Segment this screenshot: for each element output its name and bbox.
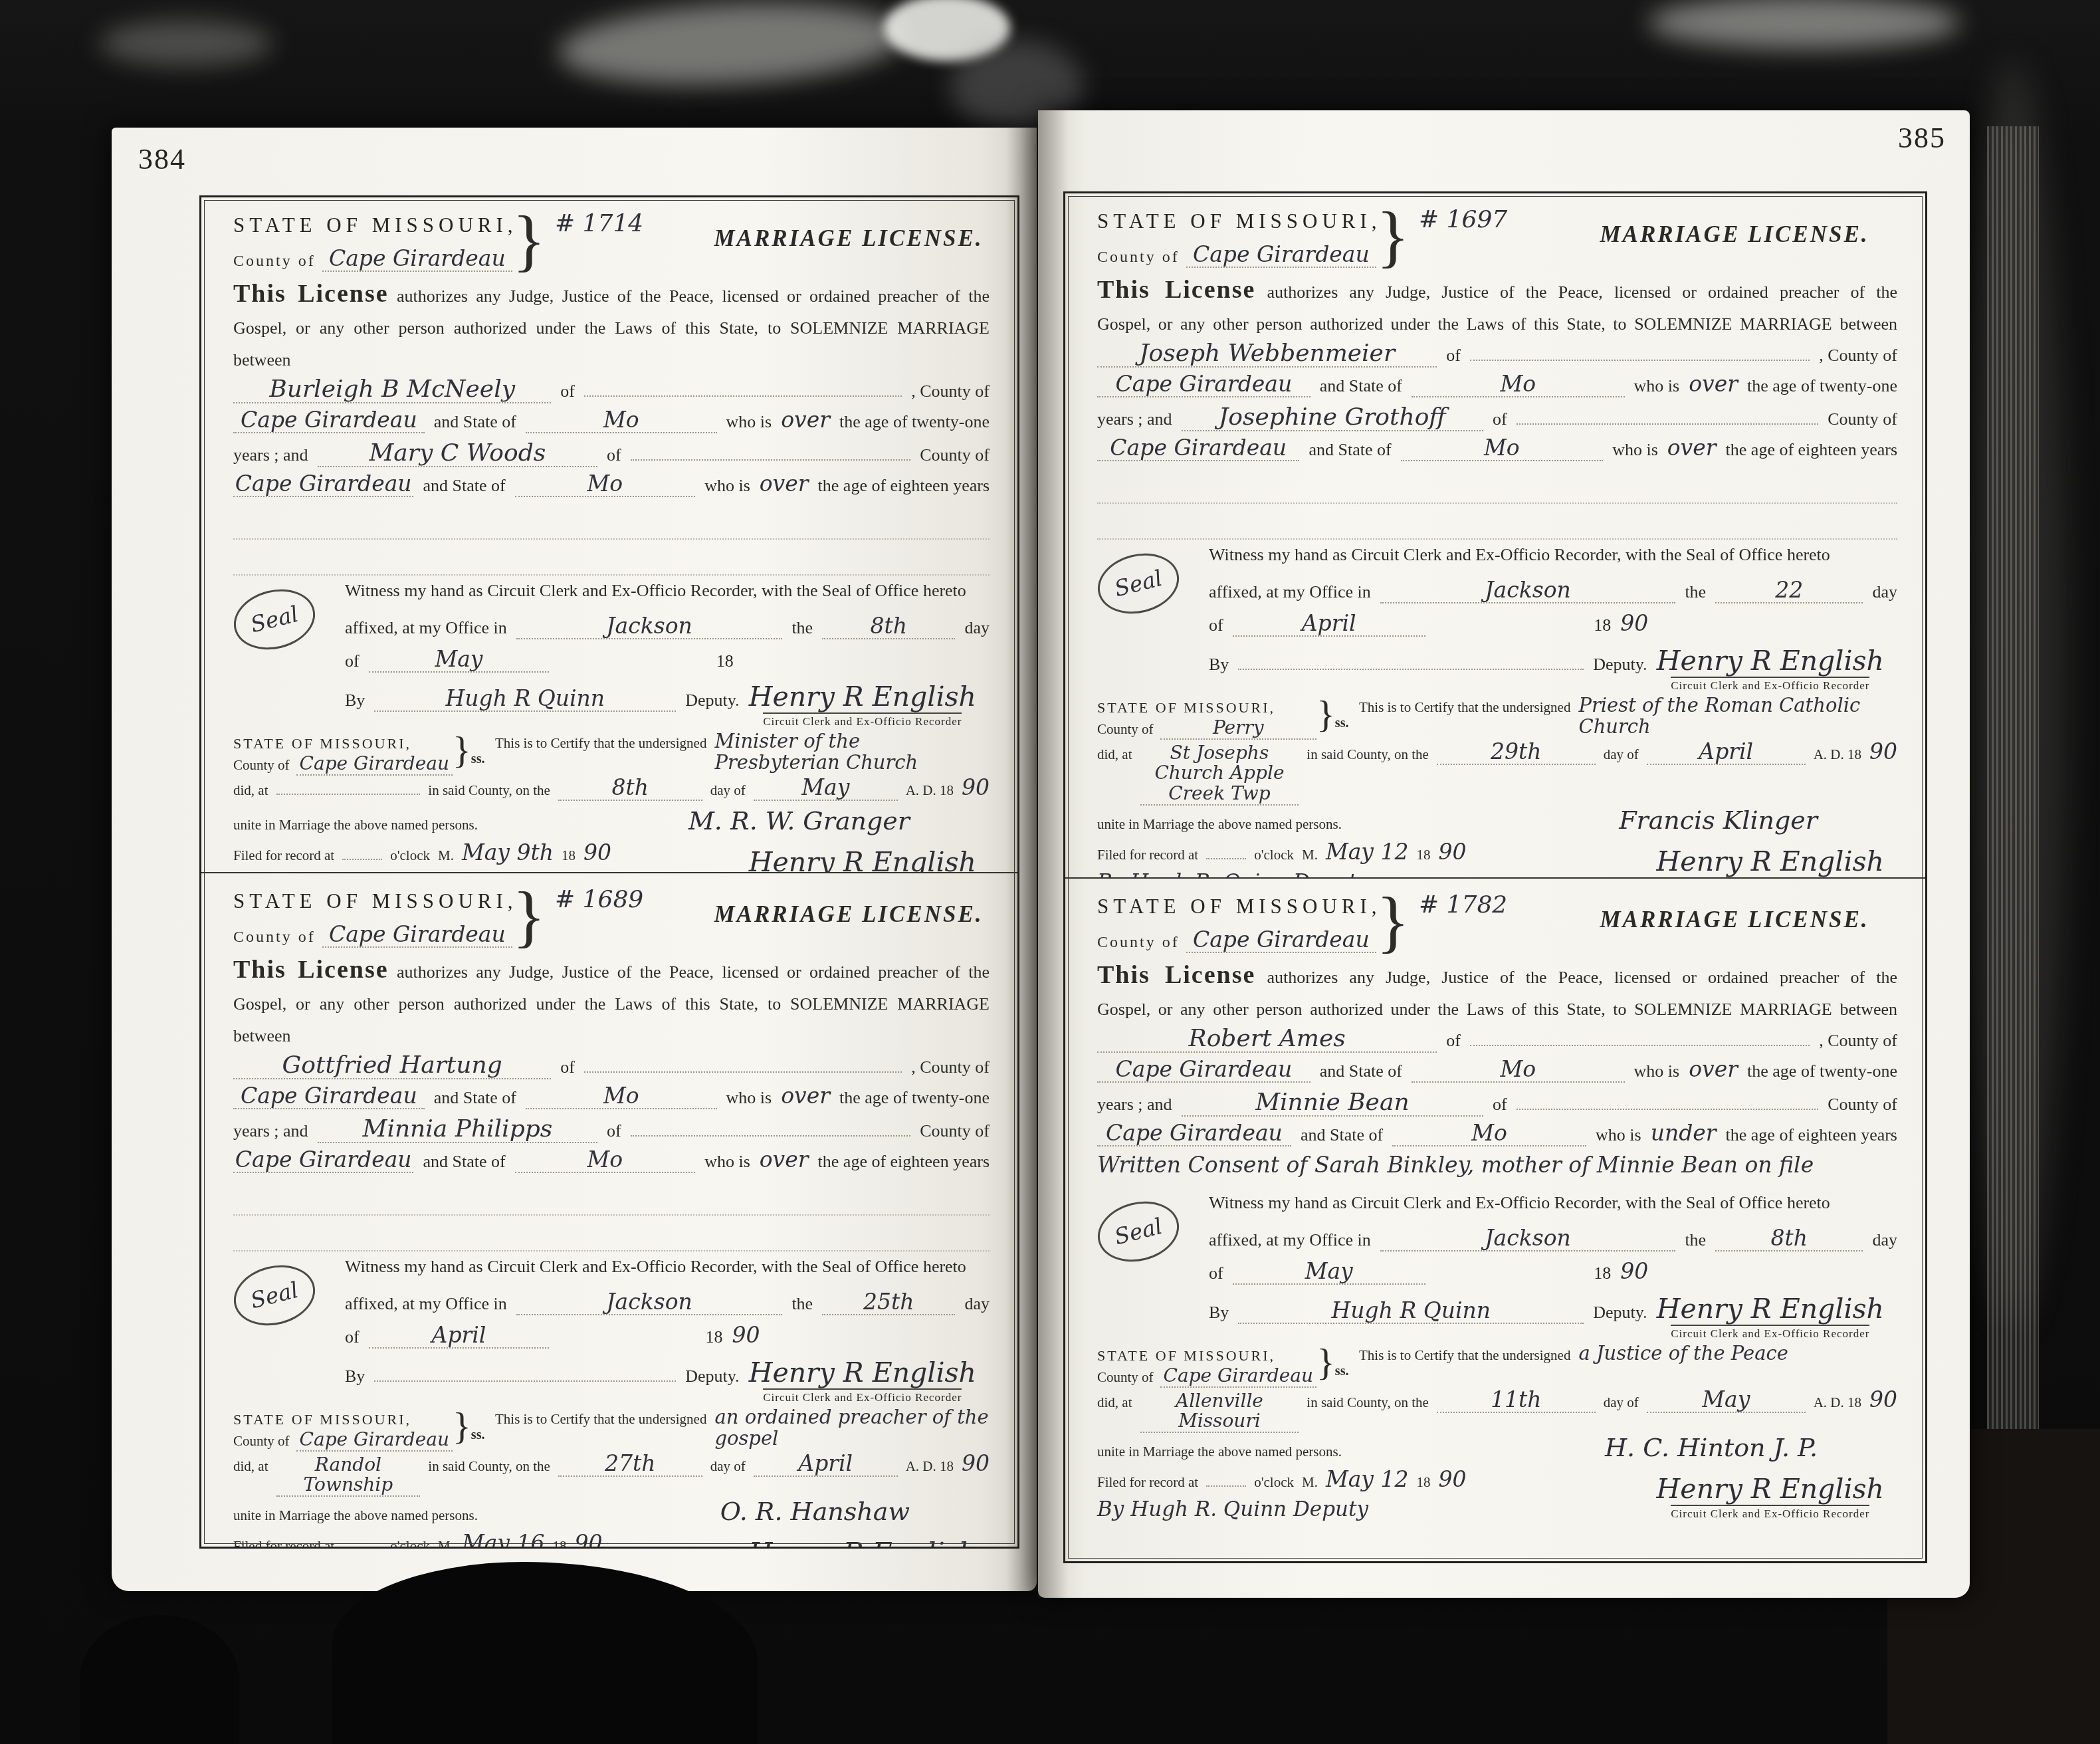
of-label: of [345,1327,360,1347]
deputy-label: Deputy. [1593,655,1647,675]
scan-smudge [1648,0,1960,49]
page-number: 384 [138,142,186,176]
county-of-label: , County of [911,381,990,401]
certify-label: This is to Certify that the undersigned [1359,1347,1570,1364]
county-of-label: , County of [911,1057,990,1077]
license-number: # 1714 [555,208,708,237]
year-prefix: 18 [705,1327,722,1347]
meridian-label: M. [438,847,454,864]
clerk-signature-block: Henry R English Circuit Clerk and Ex-Off… [1657,645,1897,693]
year-prefix: 18 [562,847,576,864]
license-header: STATE OF MISSOURI, County of Cape Girard… [233,208,990,274]
filing-block: Filed for record at o'clock M. May 16 18… [233,1531,990,1547]
blank-ruled-line [233,504,990,540]
clerk-signature-block: Henry R English Circuit Clerk and Ex-Off… [749,681,990,728]
filing-block: Filed for record at o'clock M. May 9th 1… [233,841,990,872]
unite-label: unite in Marriage the above named person… [233,817,478,833]
cert-state-heading: STATE OF MISSOURI, [233,731,453,752]
and-state-label: and State of [423,476,505,496]
groom-name: Joseph Webbenmeier [1139,340,1395,367]
and-state-label: and State of [1301,1125,1383,1145]
witness-line-1: Witness my hand as Circuit Clerk and Ex-… [345,581,990,614]
groom-county: Cape Girardeau [1115,371,1292,397]
lead-words: This License [1097,961,1255,989]
seal-script: Seal [1112,1214,1164,1249]
seal-icon: Seal [227,1257,322,1333]
the-label: the [1685,1230,1706,1250]
seal-script: Seal [248,1277,300,1313]
cert-county: Cape Girardeau [300,752,450,774]
cert-place: Randol Township [304,1454,393,1496]
clerk-title: Circuit Clerk and Ex-Officio Recorder [763,1388,962,1404]
filing-clerk-signature-block: Henry R English Circuit Clerk and Ex-Off… [1657,1473,1897,1521]
day-of-label: day of [1604,746,1639,763]
cert-month: May [1702,1386,1750,1412]
bride-state-fill: Mo [515,472,695,497]
witness-day: 8th [871,613,908,639]
witness-deputy-name: Hugh R Quinn [446,685,605,711]
filing-year: 90 [1439,840,1467,864]
affixed-label: affixed, at my Office in [345,1294,507,1314]
year-prefix: 18 [1417,847,1431,863]
officiant-signature: Francis Klinger [1619,806,1818,835]
bride-fill: Minnie Bean [1182,1089,1483,1117]
cert-place-fill: Randol Township [276,1455,421,1497]
office-place: Jackson [606,1289,692,1315]
cert-year: 90 [1869,1388,1897,1412]
scan-smudge [556,0,906,93]
cert-county: Cape Girardeau [300,1428,450,1450]
day-of-label: day of [710,782,746,799]
groom-fill: Burleigh B McNeely [233,376,551,404]
witness-month: May [435,646,482,672]
bride-over: over [760,472,809,496]
age-21-label: the age of twenty-one [1747,376,1897,396]
witness-line-1: Witness my hand as Circuit Clerk and Ex-… [345,1257,990,1290]
body-line: This License authorizes any Judge, Justi… [233,278,990,312]
bride-county: Cape Girardeau [1106,1120,1283,1146]
filing-date: May 12 [1326,840,1409,864]
blank-fill [631,453,910,461]
cert-month: May [801,774,849,800]
bride-county: Cape Girardeau [235,1146,412,1172]
certify-label: This is to Certify that the undersigned [495,735,706,752]
who-is-label: who is [1634,1061,1680,1081]
bride-state: Mo [1484,435,1520,461]
lead-words: This License [233,280,389,308]
bride-county: Cape Girardeau [1110,435,1287,461]
certify-label: This is to Certify that the undersigned [495,1411,706,1428]
blank-fill [1517,417,1818,425]
officiant-signature-block: O. R. Hanshaw [720,1497,990,1526]
of-label: of [1446,1031,1461,1051]
body-text-1: authorizes any Judge, Justice of the Pea… [1267,282,1897,302]
bride-state: Mo [587,1146,623,1172]
filing-year: 90 [583,841,611,865]
officiant: Priest of the Roman Catholic Church [1578,695,1897,738]
witness-line-1: Witness my hand as Circuit Clerk and Ex-… [1209,545,1897,578]
bride-fill: Mary C Woods [318,440,597,468]
certificate-block: STATE OF MISSOURI, County of Cape Girard… [1097,1343,1897,1464]
bride-state: Mo [1471,1120,1507,1146]
bride-county-fill: Cape Girardeau [233,1148,413,1173]
cert-state-heading: STATE OF MISSOURI, [1097,695,1316,716]
county-label: County of [1097,1369,1154,1386]
filed-label: Filed for record at [233,1538,334,1547]
cert-place-fill: Allenville Missouri [1140,1391,1299,1434]
cert-county: Cape Girardeau [1164,1364,1314,1386]
officiant: a Justice of the Peace [1578,1343,1788,1364]
office-place: Jackson [1485,577,1570,603]
bride-state: Mo [587,471,623,496]
age-18-label: the age of eighteen years [1726,1125,1897,1145]
blank-fill [342,852,382,860]
age-18-label: the age of eighteen years [818,476,990,496]
bride-over: under [1651,1121,1717,1145]
brace-glyph: } [453,1404,471,1448]
officiant: an ordained preacher of the gospel [714,1407,990,1450]
county-of-label: County of [920,445,990,465]
license-form: STATE OF MISSOURI, County of Cape Girard… [1065,193,1925,877]
lead-words: This License [1097,276,1255,304]
of-label: of [1493,409,1507,429]
body-text-1: authorizes any Judge, Justice of the Pea… [397,962,990,982]
county-label: County of [1097,721,1154,738]
in-said-county-label: in said County, on the [1307,746,1429,763]
witness-by-fill [1238,662,1584,670]
groom-state: Mo [1500,1056,1536,1082]
groom-county-fill: Cape Girardeau [233,408,425,433]
years-and-label: years ; and [233,445,308,465]
deputy-label: Deputy. [1593,1303,1647,1323]
and-state-label: and State of [1320,1061,1402,1081]
meridian-label: M. [438,1538,454,1547]
filing-date: May 9th [462,841,554,865]
witness-year: 90 [1620,1259,1648,1283]
county-of-label: County of [1828,409,1897,429]
witness-month-fill: April [369,1323,550,1349]
blank-fill [342,1543,382,1547]
witness-month: May [1305,1258,1353,1284]
deputy-label: Deputy. [685,691,739,710]
bride-over: over [760,1148,809,1172]
cert-place-fill: St Josephs Church Apple Creek Twp [1140,743,1299,806]
register-page-left: 384 STATE OF MISSOURI, County of Cape Gi… [112,128,1037,1591]
blank-fill [1206,1479,1246,1487]
office-place-fill: Jackson [1380,1226,1676,1252]
body-line: This License authorizes any Judge, Justi… [1097,274,1897,308]
of-label: of [1209,615,1223,635]
groom-fill: Robert Ames [1097,1026,1437,1053]
groom-state: Mo [1500,371,1536,397]
of-label: of [607,445,621,465]
who-is-label: who is [1596,1125,1641,1145]
filing-clerk-signature: Henry R English [749,1537,976,1547]
cert-day-fill: 29th [1437,740,1596,765]
brace-glyph: } [1376,889,1419,955]
county-fill: Cape Girardeau [1186,928,1376,953]
officiant-signature: O. R. Hanshaw [720,1497,910,1526]
license-number: # 1697 [1419,204,1572,233]
cert-day-fill: 8th [558,776,702,801]
clerk-title: Circuit Clerk and Ex-Officio Recorder [1671,1505,1869,1521]
cert-year: 90 [1869,740,1897,764]
age-21-label: the age of twenty-one [1747,1061,1897,1081]
cert-county-fill: Perry [1160,718,1316,740]
filing-by: By Hugh R. Quinn Deputy [1097,1498,1542,1521]
seal-area: Seal [1097,545,1209,693]
in-said-county-label: in said County, on the [1307,1394,1429,1411]
cert-year: 90 [962,776,990,800]
office-place-fill: Jackson [1380,578,1676,603]
county-of-label: , County of [1819,1031,1897,1051]
groom-over: over [1689,1057,1738,1081]
of-label: of [1493,1095,1507,1115]
unite-label: unite in Marriage the above named person… [1097,1444,1342,1460]
office-place: Jackson [606,613,692,639]
cert-county-fill: Cape Girardeau [1160,1366,1316,1388]
county-value: Cape Girardeau [329,245,506,271]
groom-fill: Joseph Webbenmeier [1097,340,1437,368]
license-form: STATE OF MISSOURI, County of Cape Girard… [201,197,1017,872]
body-text-1: authorizes any Judge, Justice of the Pea… [397,286,990,306]
witness-by-fill [374,1374,676,1382]
seal-icon: Seal [227,581,322,657]
bride-over: over [1667,436,1717,460]
clerk-signature: Henry R English [749,1357,976,1388]
cert-day: 29th [1491,738,1542,764]
form-box: STATE OF MISSOURI, County of Cape Girard… [199,195,1019,1549]
body-line: Gospel, or any other person authorized u… [1097,994,1897,1026]
witness-line-1: Witness my hand as Circuit Clerk and Ex-… [1209,1193,1897,1226]
cert-state-heading: STATE OF MISSOURI, [1097,1343,1316,1364]
blank-ruled-line [1097,504,1897,540]
and-state-label: and State of [1309,440,1391,460]
by-label: By [345,691,365,710]
cert-month-fill: April [1647,740,1806,765]
affixed-label: affixed, at my Office in [1209,1230,1371,1250]
county-fill: Cape Girardeau [1186,243,1376,268]
oclock-label: o'clock [390,1538,430,1547]
oclock-label: o'clock [1254,1474,1294,1491]
groom-county-fill: Cape Girardeau [1097,1057,1311,1083]
ad-label: A. D. 18 [1814,1394,1861,1411]
oclock-label: o'clock [1254,847,1294,863]
clerk-signature: Henry R English [1657,645,1884,677]
cert-place-fill [276,787,421,795]
who-is-label: who is [726,412,772,432]
of-label: of [560,381,575,401]
unite-label: unite in Marriage the above named person… [1097,816,1342,833]
cert-state-heading: STATE OF MISSOURI, [233,1407,453,1428]
groom-fill: Gottfried Hartung [233,1052,551,1080]
cert-month-fill: May [754,776,898,801]
body-line: Gospel, or any other person authorized u… [1097,308,1897,340]
form-box: STATE OF MISSOURI, County of Cape Girard… [1063,191,1927,1563]
license-header: STATE OF MISSOURI, County of Cape Girard… [1097,204,1897,270]
cert-month-fill: May [1647,1388,1806,1413]
deputy-label: Deputy. [685,1366,739,1386]
license-number: # 1689 [555,884,708,913]
witness-day: 25th [863,1289,914,1315]
cert-county-fill: Cape Girardeau [296,1430,453,1452]
blank-fill [1517,1102,1818,1110]
ss-label: ss. [1335,1364,1349,1378]
scan-smudge [100,20,272,66]
witness-year: 90 [1620,611,1648,635]
and-state-label: and State of [423,1152,505,1172]
cert-place: Allenville Missouri [1176,1390,1263,1432]
county-label: County of [233,1433,290,1450]
officiant-signature-block: Francis Klinger [1619,806,1897,835]
did-at-label: did, at [1097,1394,1132,1411]
license-header: STATE OF MISSOURI, County of Cape Girard… [1097,889,1897,955]
year-prefix: 18 [1594,1263,1611,1283]
officiant-signature-block: H. C. Hinton J. P. [1605,1433,1897,1462]
license-form: STATE OF MISSOURI, County of Cape Girard… [201,872,1017,1547]
county-fill: Cape Girardeau [322,247,512,272]
body-line: Gospel, or any other person authorized u… [233,988,990,1052]
cert-day: 8th [612,774,649,800]
filing-clerk-signature: Henry R English [749,846,976,872]
witness-day-fill: 8th [822,614,955,639]
state-heading: STATE OF MISSOURI, [1097,889,1376,919]
unite-label: unite in Marriage the above named person… [233,1507,478,1524]
seal-script: Seal [1112,566,1164,601]
cert-year: 90 [962,1452,990,1475]
of-label: of [1446,346,1461,366]
groom-state: Mo [603,1083,639,1109]
year-prefix: 18 [553,1538,567,1547]
who-is-label: who is [704,1152,750,1172]
seal-icon: Seal [1091,545,1186,621]
groom-county: Cape Girardeau [241,407,417,433]
lead-words: This License [233,956,389,984]
register-page-right: 385 STATE OF MISSOURI, County of Cape Gi… [1038,110,1970,1598]
license-form: STATE OF MISSOURI, County of Cape Girard… [1065,877,1925,1561]
filing-by: By Hugh R. Quinn Deputy [1097,871,1542,877]
groom-state: Mo [603,407,639,433]
seal-icon: Seal [1091,1193,1186,1269]
day-label: day [1872,582,1897,602]
certificate-block: STATE OF MISSOURI, County of Cape Girard… [233,731,990,837]
year-prefix: 18 [1417,1474,1431,1491]
of-label: of [1209,1263,1223,1283]
filing-year: 90 [1439,1468,1467,1491]
groom-over: over [1689,372,1738,396]
certificate-block: STATE OF MISSOURI, County of Cape Girard… [233,1407,990,1527]
years-and-label: years ; and [1097,1095,1172,1115]
filing-clerk-signature: Henry R English [1657,845,1884,877]
brace-glyph: } [453,728,471,772]
marriage-license-title: MARRIAGE LICENSE. [1572,889,1897,933]
age-18-label: the age of eighteen years [1726,440,1897,460]
witness-month: April [432,1322,486,1348]
ss-label: ss. [471,1428,485,1442]
license-header: STATE OF MISSOURI, County of Cape Girard… [233,884,990,950]
who-is-label: who is [1612,440,1658,460]
by-label: By [1209,655,1229,675]
county-label: County of [1097,249,1180,267]
groom-name: Robert Ames [1189,1025,1346,1052]
by-label: By [1209,1303,1229,1323]
cert-day: 11th [1491,1386,1542,1412]
day-label: day [964,1294,990,1314]
witness-day-fill: 8th [1715,1226,1863,1252]
filed-label: Filed for record at [1097,1474,1198,1491]
seal-script: Seal [248,601,300,637]
marriage-license-title: MARRIAGE LICENSE. [1572,204,1897,248]
witness-deputy-name: Hugh R Quinn [1332,1297,1491,1323]
ad-label: A. D. 18 [906,782,954,799]
clerk-title: Circuit Clerk and Ex-Officio Recorder [1671,677,1869,693]
county-value: Cape Girardeau [1193,241,1370,267]
clerk-signature-block: Henry R English Circuit Clerk and Ex-Off… [1657,1293,1897,1341]
ad-label: A. D. 18 [906,1458,954,1475]
groom-county: Cape Girardeau [1115,1056,1292,1082]
seal-area: Seal [233,1257,345,1404]
age-18-label: the age of eighteen years [818,1152,990,1172]
filing-date: May 16 [462,1531,545,1547]
register-scan: 384 STATE OF MISSOURI, County of Cape Gi… [0,0,2100,1744]
marriage-license-title: MARRIAGE LICENSE. [708,208,990,252]
bride-fill: Josephine Grothoff [1182,404,1483,432]
certify-label: This is to Certify that the undersigned [1359,699,1570,716]
license-number: # 1782 [1419,889,1572,919]
day-label: day [1872,1230,1897,1250]
body-text-1: authorizes any Judge, Justice of the Pea… [1267,968,1897,987]
state-heading: STATE OF MISSOURI, [1097,204,1376,233]
seal-area: Seal [233,581,345,728]
did-at-label: did, at [1097,746,1132,763]
county-fill: Cape Girardeau [322,923,512,948]
book-page-edges [1987,126,2039,1515]
filing-block: Filed for record at o'clock M. May 12 18… [1097,1468,1897,1521]
clerk-title: Circuit Clerk and Ex-Officio Recorder [763,712,962,728]
bride-name: Minnie Bean [1255,1089,1409,1116]
clerk-signature: Henry R English [749,681,976,712]
filing-clerk-signature: Henry R English [1657,1473,1884,1505]
witness-day-fill: 25th [822,1290,955,1315]
state-heading: STATE OF MISSOURI, [233,208,512,237]
county-of-label: County of [1828,1095,1897,1115]
state-heading: STATE OF MISSOURI, [233,884,512,913]
blank-fill [631,1129,910,1137]
witness-month-fill: May [369,647,550,673]
witness-month-fill: May [1233,1259,1425,1285]
body-line: This License authorizes any Judge, Justi… [1097,959,1897,994]
county-label: County of [233,928,316,946]
brace-glyph: } [1376,204,1419,270]
day-label: day [964,618,990,638]
county-of-label: County of [920,1121,990,1141]
blank-ruled-line [233,1216,990,1252]
cert-month: April [798,1450,853,1476]
seal-area: Seal [1097,1193,1209,1341]
filing-clerk-signature-block: Henry R English Circuit Clerk and Ex-Off… [749,1537,990,1547]
county-label: County of [233,253,316,271]
brace-glyph: } [512,208,555,274]
cert-place: St Josephs Church Apple Creek Twp [1154,742,1284,805]
affixed-label: affixed, at my Office in [1209,582,1371,602]
who-is-label: who is [1634,376,1680,396]
filed-label: Filed for record at [1097,847,1198,863]
who-is-label: who is [704,476,750,496]
witness-block: Seal Witness my hand as Circuit Clerk an… [233,1257,990,1404]
blank-fill [1206,851,1246,859]
brace-glyph: } [1316,1341,1335,1384]
did-at-label: did, at [233,782,268,799]
